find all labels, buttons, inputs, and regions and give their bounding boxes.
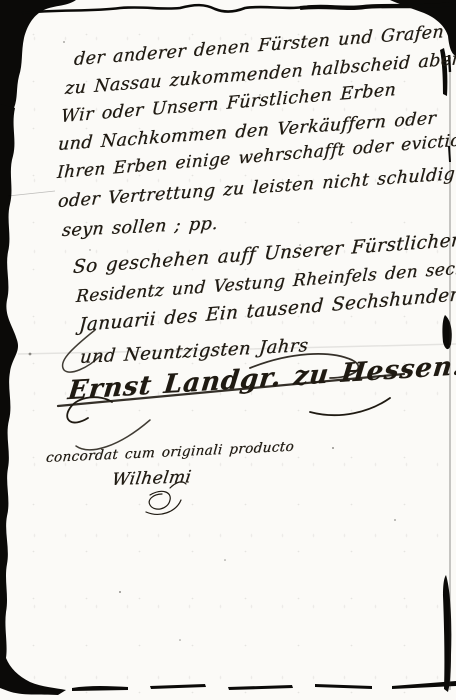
bottom-edge-dash-2 (150, 684, 206, 689)
right-edge-blob (442, 315, 451, 349)
torn-edge-left (0, 104, 66, 695)
bottom-edge-dash-5 (392, 681, 456, 689)
attestation-line: concordat cum originali producto (45, 439, 295, 466)
flourish-hessen-tail (310, 398, 390, 415)
bottom-edge-dash-1 (72, 686, 128, 691)
paraph-loop (149, 491, 170, 509)
torn-edge-top (22, 3, 456, 13)
hairline-mark (8, 191, 55, 196)
notary-signature: Wilhelmi (111, 467, 193, 490)
paraph-underline (146, 500, 181, 514)
bottom-edge-dash-3 (228, 685, 293, 690)
right-edge-bottom (443, 575, 451, 692)
manuscript-line: seyn sollen ; pp. (61, 214, 219, 241)
torn-edge-top-heavy (300, 4, 452, 8)
bottom-edge-dash-4 (315, 684, 372, 689)
document-scan: der anderer denen Fürsten und Grafen zu … (0, 0, 456, 700)
